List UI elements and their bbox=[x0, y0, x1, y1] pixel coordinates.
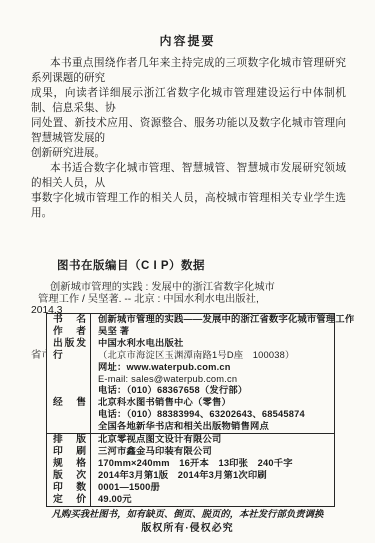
row-label: 规格 bbox=[47, 458, 91, 470]
publisher-address: （北京市海淀区玉渊潭南路1号D座 100038） bbox=[98, 350, 330, 362]
table-row-printer: 印刷 三河市鑫金马印装有限公司 bbox=[47, 446, 334, 458]
edition-info: 2014年3月第1版 2014年3月第1次印刷 bbox=[98, 470, 330, 482]
publisher-website: 网址：www.waterpub.com.cn bbox=[98, 362, 330, 374]
row-label: 作者 bbox=[47, 326, 91, 338]
colophon-table: 书名 创新城市管理的实践——发展中的浙江省数字化城市管理工作 作者 吴坚 著 出… bbox=[46, 313, 335, 507]
format-spec: 170mm×240mm 16开本 13印张 240千字 bbox=[98, 458, 330, 470]
author-name: 吴坚 著 bbox=[98, 326, 330, 338]
cip-record-line: 管理工作 / 吴坚著. -- 北京 : 中国水利水电出版社, bbox=[31, 294, 347, 306]
book-copyright-page: 内容提要 本书重点围绕作者几年来主持完成的三项数字化城市管理研究系列课题的研究 … bbox=[0, 0, 375, 543]
row-label: 定价 bbox=[47, 494, 91, 506]
publisher-name: 中国水利水电出版社 bbox=[98, 338, 330, 350]
row-label: 出版发行 bbox=[47, 338, 91, 398]
publisher-phone: 电话：（010）68367658（发行部） bbox=[98, 385, 330, 397]
print-run: 0001—1500册 bbox=[98, 482, 330, 494]
row-label: 经售 bbox=[47, 397, 91, 433]
table-row-price: 定价 49.00元 bbox=[47, 494, 334, 506]
copyright-note: 版权所有·侵权必究 bbox=[0, 519, 375, 534]
row-label: 印刷 bbox=[47, 446, 91, 458]
table-row-print-run: 印数 0001—1500册 bbox=[47, 482, 334, 494]
table-row-title: 书名 创新城市管理的实践——发展中的浙江省数字化城市管理工作 bbox=[47, 314, 334, 326]
row-label: 印数 bbox=[47, 482, 91, 494]
book-title: 创新城市管理的实践——发展中的浙江省数字化城市管理工作 bbox=[98, 314, 354, 326]
summary-line: 成果，向读者详细展示浙江省数字化城市管理建设运行中体制机制、信息采集、协 bbox=[31, 86, 346, 116]
distributor-phone: 电话：（010）88383994、63202643、68545874 bbox=[98, 409, 330, 421]
cip-heading: 图书在版编目（C I P）数据 bbox=[57, 257, 345, 273]
distributor-note: 全国各地新华书店和相关出版物销售网点 bbox=[98, 421, 330, 433]
summary-line: 同处置、新技术应用、资源整合、服务功能以及数字化城市管理向智慧城管发展的 bbox=[31, 116, 346, 146]
price-value: 49.00元 bbox=[98, 494, 330, 506]
typesetting-company: 北京零视点图文设计有限公司 bbox=[98, 434, 330, 446]
table-row-edition: 版次 2014年3月第1版 2014年3月第1次印刷 bbox=[47, 470, 334, 482]
exchange-note: 凡购买我社图书，如有缺页、倒页、脱页的，本社发行部负责调换 bbox=[0, 506, 375, 520]
publisher-email: E-mail: sales@waterpub.com.cn bbox=[98, 374, 330, 386]
table-row-format: 规格 170mm×240mm 16开本 13印张 240千字 bbox=[47, 458, 334, 470]
summary-line: 创新研究进展。 bbox=[31, 146, 346, 161]
summary-title: 内容提要 bbox=[0, 0, 375, 49]
summary-line: 本书适合数字化城市管理、智慧城管、智慧城市发展研究领域的相关人员，从 bbox=[31, 161, 346, 191]
row-label: 排版 bbox=[47, 434, 91, 446]
row-label: 版次 bbox=[47, 470, 91, 482]
table-row-distributor: 经售 北京科水图书销售中心（零售） 电话：（010）88383994、63202… bbox=[47, 397, 334, 433]
row-label: 书名 bbox=[47, 314, 91, 326]
table-row-typesetting: 排版 北京零视点图文设计有限公司 bbox=[47, 433, 334, 446]
table-row-publisher: 出版发行 中国水利水电出版社 （北京市海淀区玉渊潭南路1号D座 100038） … bbox=[47, 338, 334, 398]
summary-line: 事数字化城市管理工作的相关人员，高校城市管理相关专业学生选用。 bbox=[31, 191, 346, 221]
printer-company: 三河市鑫金马印装有限公司 bbox=[98, 446, 330, 458]
cip-record-line: 创新城市管理的实践 : 发展中的浙江省数字化城市 bbox=[31, 282, 347, 294]
table-row-author: 作者 吴坚 著 bbox=[47, 326, 334, 338]
distributor-name: 北京科水图书销售中心（零售） bbox=[98, 397, 330, 409]
summary-paragraphs: 本书重点围绕作者几年来主持完成的三项数字化城市管理研究系列课题的研究 成果，向读… bbox=[31, 56, 346, 221]
summary-line: 本书重点围绕作者几年来主持完成的三项数字化城市管理研究系列课题的研究 bbox=[31, 56, 346, 86]
